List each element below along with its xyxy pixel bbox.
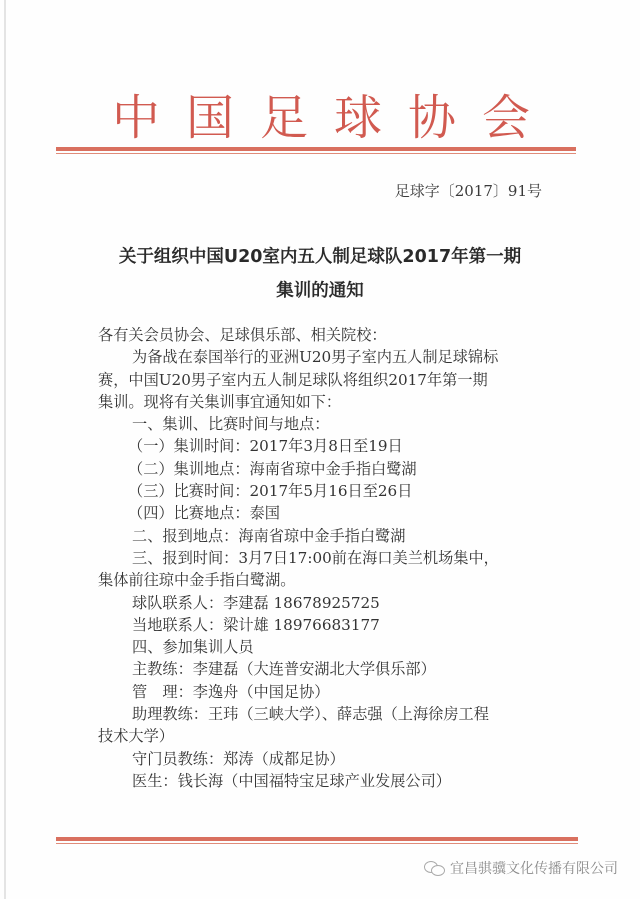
document-body: 各有关会员协会、足球俱乐部、相关院校： 为备战在泰国举行的亚洲U20男子室内五人…: [98, 324, 558, 792]
title-line-1: 关于组织中国U20室内五人制足球队2017年第一期: [0, 240, 640, 274]
section-2: 二、报到地点：海南省琼中金手指白鹭湖: [98, 525, 558, 547]
section-3-line-1: 三、报到时间：3月7日17:00前在海口美兰机场集中，: [98, 547, 558, 569]
watermark: 宜昌骐骥文化传播有限公司: [424, 858, 618, 878]
intro-line-3: 集训。现将有关集训事宜通知如下：: [98, 391, 558, 413]
masthead-title: 中国足球协会: [0, 88, 640, 148]
section-1-item: （一）集训时间：2017年3月8日至19日: [98, 435, 558, 457]
section-1-item: （四）比赛地点：泰国: [98, 502, 558, 524]
manager: 管 理：李逸舟（中国足协）: [98, 681, 558, 703]
goalkeeper-coach: 守门员教练：郑涛（成都足协）: [98, 748, 558, 770]
section-4-heading: 四、参加集训人员: [98, 636, 558, 658]
watermark-text: 宜昌骐骥文化传播有限公司: [450, 858, 618, 878]
section-1-item: （二）集训地点：海南省琼中金手指白鹭湖: [98, 458, 558, 480]
footer-divider: [56, 837, 578, 844]
intro-line-2: 赛，中国U20男子室内五人制足球队将组织2017年第一期: [98, 369, 558, 391]
document-number: 足球字〔2017〕91号: [395, 180, 542, 201]
assistant-coaches-line-1: 助理教练：王玮（三峡大学）、薛志强（上海徐房工程: [98, 703, 558, 725]
section-3-line-2: 集体前往琼中金手指白鹭湖。: [98, 569, 558, 591]
doctor: 医生：钱长海（中国福特宝足球产业发展公司）: [98, 770, 558, 792]
title-line-2: 集训的通知: [0, 274, 640, 308]
section-1-heading: 一、集训、比赛时间与地点：: [98, 413, 558, 435]
wechat-icon: [424, 860, 444, 876]
masthead-divider: [56, 147, 576, 154]
salutation: 各有关会员协会、足球俱乐部、相关院校：: [98, 324, 558, 346]
section-1-item: （三）比赛时间：2017年5月16日至26日: [98, 480, 558, 502]
local-contact: 当地联系人：梁计雄 18976683177: [98, 614, 558, 636]
team-contact: 球队联系人：李建磊 18678925725: [98, 592, 558, 614]
assistant-coaches-line-2: 技术大学）: [98, 725, 558, 747]
document-title: 关于组织中国U20室内五人制足球队2017年第一期 集训的通知: [0, 240, 640, 308]
head-coach: 主教练：李建磊（大连普安湖北大学俱乐部）: [98, 658, 558, 680]
intro-line-1: 为备战在泰国举行的亚洲U20男子室内五人制足球锦标: [98, 346, 558, 368]
